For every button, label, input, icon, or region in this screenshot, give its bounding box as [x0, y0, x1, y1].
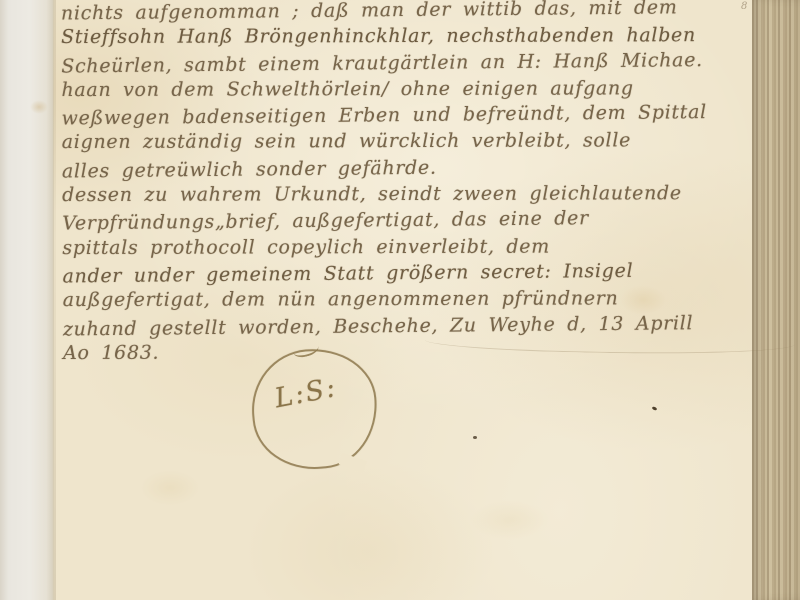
seal-label: L:S: — [272, 372, 339, 414]
handwritten-text-block: nichts aufgenomman ; daß man der wittib … — [61, 0, 757, 367]
manuscript-page: 8 nichts aufgenomman ; daß man der witti… — [0, 0, 800, 600]
handwritten-line: aignen zuständig sein und würcklich verb… — [62, 127, 756, 155]
handwritten-line: Stieffsohn Hanß Bröngenhinckhlar, nechst… — [61, 22, 755, 50]
handwritten-line: Verpfründungs„brief, außgefertigat, das … — [62, 204, 756, 237]
book-fore-edge — [752, 0, 800, 600]
ink-speck — [473, 436, 477, 439]
paper-stain — [140, 470, 200, 506]
page-fold-crease — [54, 0, 56, 600]
seal-circle-gap — [339, 453, 367, 473]
paper-stain — [470, 500, 550, 540]
handwritten-line: außgefertigat, dem nün angenommenen pfrü… — [63, 285, 757, 313]
ink-speck — [652, 406, 658, 411]
page-left-margin — [0, 0, 54, 600]
